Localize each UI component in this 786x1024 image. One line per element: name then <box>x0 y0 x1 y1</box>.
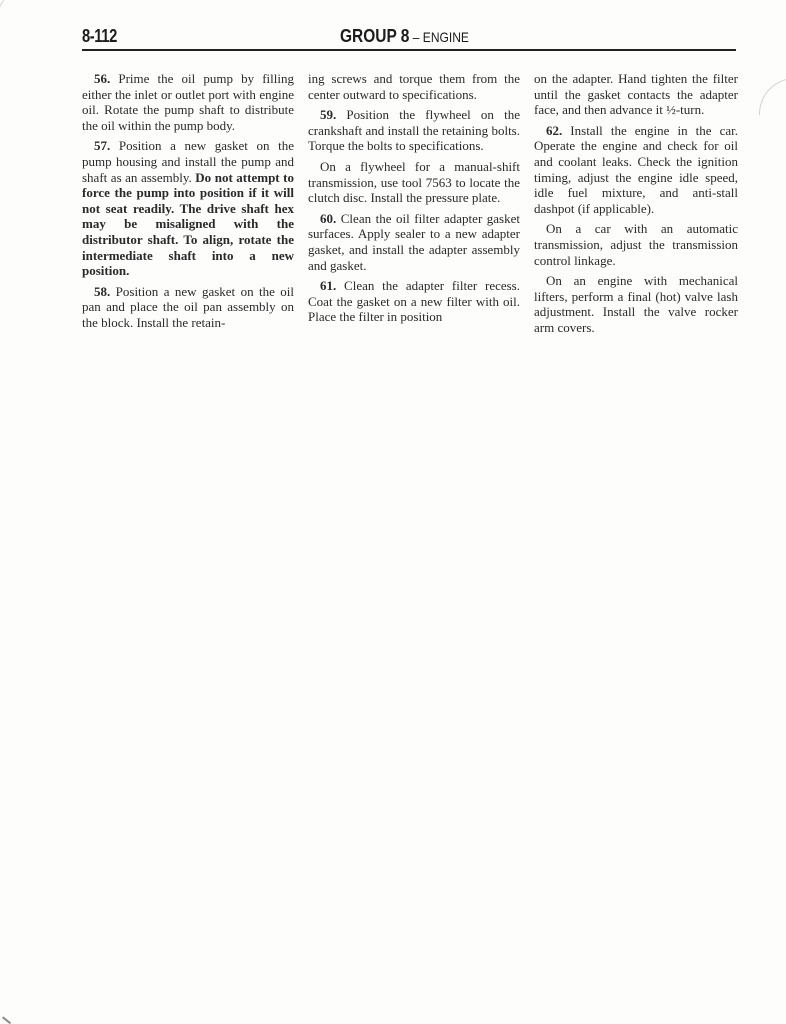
step-number: 59. <box>320 107 336 122</box>
step-text: Clean the oil filter adapter gasket surf… <box>308 211 520 273</box>
step-paragraph: 56. Prime the oil pump by filling either… <box>82 71 294 133</box>
page-number: 8-112 <box>82 26 117 47</box>
caution-text: Do not attempt to force the pump into po… <box>82 170 294 279</box>
step-text: Clean the adapter filter recess. Coat th… <box>308 278 520 324</box>
step-number: 56. <box>94 71 110 86</box>
note-paragraph: On a car with an automatic transmission,… <box>534 221 738 268</box>
note-text: On an engine with mechanical lifters, pe… <box>534 273 738 335</box>
step-text: Position the flywheel on the crankshaft … <box>308 107 520 153</box>
header-rule <box>82 49 736 51</box>
title-separator: – <box>409 29 422 45</box>
note-paragraph: On an engine with mechanical lifters, pe… <box>534 273 738 335</box>
continued-paragraph: ing screws and torque them from the cent… <box>308 71 520 102</box>
step-text: Install the engine in the car. Operate t… <box>534 123 738 216</box>
group-label: GROUP 8 <box>340 26 409 46</box>
step-number: 61. <box>320 278 336 293</box>
continued-paragraph: on the adapter. Hand tighten the filter … <box>534 71 738 118</box>
step-paragraph: 60. Clean the oil filter adapter gasket … <box>308 211 520 273</box>
step-number: 57. <box>94 138 110 153</box>
note-paragraph: On a flywheel for a manual-shift transmi… <box>308 159 520 206</box>
step-text: ing screws and torque them from the cent… <box>308 71 520 102</box>
step-paragraph: 61. Clean the adapter filter recess. Coa… <box>308 278 520 325</box>
page-corner-curl <box>759 78 786 115</box>
text-column-2: ing screws and torque them from the cent… <box>308 71 520 330</box>
step-text: Prime the oil pump by filling either the… <box>82 71 294 133</box>
step-text: on the adapter. Hand tighten the filter … <box>534 71 738 117</box>
page-corner-mark <box>2 1009 17 1024</box>
text-column-3: on the adapter. Hand tighten the filter … <box>534 71 738 341</box>
step-number: 58. <box>94 284 110 299</box>
step-paragraph: 59. Position the flywheel on the cranksh… <box>308 107 520 154</box>
section-title: GROUP 8 – ENGINE <box>340 26 469 47</box>
step-paragraph: 58. Position a new gasket on the oil pan… <box>82 284 294 331</box>
page-header: 8-112 GROUP 8 – ENGINE <box>82 26 736 48</box>
step-number: 62. <box>546 123 562 138</box>
note-text: On a flywheel for a manual-shift transmi… <box>308 159 520 205</box>
page-edge-shadow <box>0 0 27 60</box>
step-paragraph: 62. Install the engine in the car. Opera… <box>534 123 738 217</box>
step-text: Position a new gasket on the oil pan and… <box>82 284 294 330</box>
section-label: ENGINE <box>423 29 469 45</box>
step-paragraph: 57. Position a new gasket on the pump ho… <box>82 138 294 278</box>
text-column-1: 56. Prime the oil pump by filling either… <box>82 71 294 336</box>
note-text: On a car with an automatic transmission,… <box>534 221 738 267</box>
step-number: 60. <box>320 211 336 226</box>
